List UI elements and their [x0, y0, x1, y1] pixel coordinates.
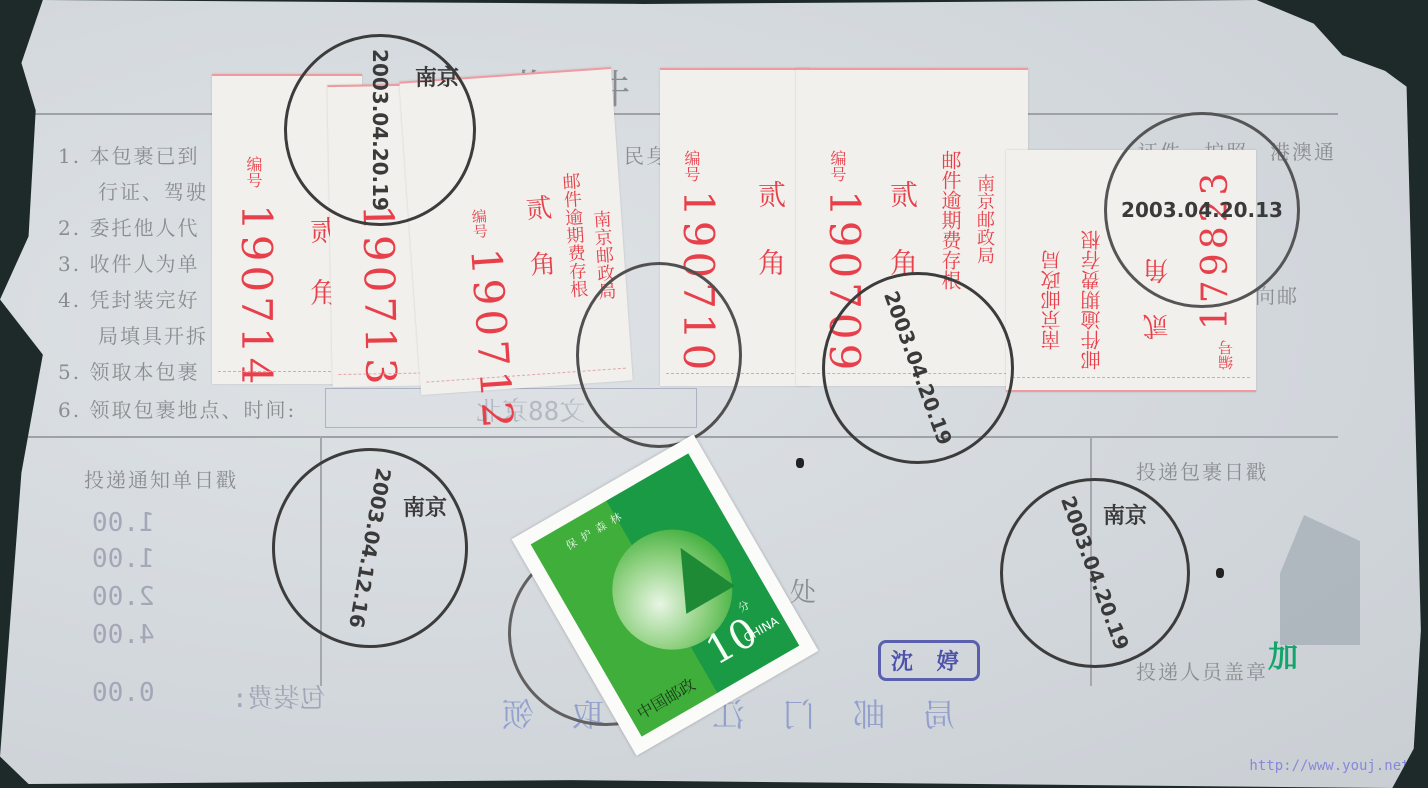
- postmark: [576, 262, 742, 448]
- stub-title: 邮件逾期费存根: [1077, 230, 1106, 370]
- carrier-name-handstamp: 沈 婷: [878, 640, 980, 681]
- instruction-5: 5. 领取本包裹: [58, 356, 199, 385]
- instruction-1: 1. 本包裹已到: [58, 140, 199, 169]
- notice-date-stamp-label: 投递通知单日戳: [84, 464, 238, 493]
- instruction-2: 2. 委托他人代: [58, 212, 199, 241]
- instruction-6: 6. 领取包裹地点、时间:: [58, 394, 296, 423]
- postmark: 2003.04.20.19 南京: [1000, 478, 1190, 668]
- postmark: 2003.04.12.16 南京: [272, 448, 468, 648]
- stub-title: 邮件逾期费存根: [556, 171, 591, 299]
- stamp-theme: 保护森林: [563, 506, 630, 554]
- punch-hole: [1216, 568, 1224, 578]
- punch-hole: [796, 458, 804, 468]
- carrier-seal-label: 投递人员盖章: [1136, 656, 1268, 685]
- fee-line: 4.00: [92, 620, 155, 650]
- fee-line: 1.00: [92, 508, 155, 538]
- postmark: 2003.04.20.19: [822, 272, 1014, 464]
- place-label: 处: [790, 572, 818, 609]
- fee-line: 1.00: [92, 544, 155, 574]
- stamp-issuer: 中国邮政: [632, 672, 699, 724]
- instruction-4: 4. 凭封装完好: [58, 284, 199, 313]
- stub-issuer: 南京邮政局: [1037, 250, 1066, 350]
- tape-fragment: [1280, 515, 1360, 645]
- instruction-4b: 局填具开拆: [98, 320, 208, 349]
- postmark: 2003.04.20.13: [1104, 112, 1300, 308]
- parcel-date-stamp-label: 投递包裹日戳: [1136, 456, 1268, 485]
- fee-total: 0.00: [92, 678, 155, 708]
- stub-serial: 190713: [353, 204, 405, 389]
- stub-serial: 190714: [232, 204, 281, 388]
- instruction-1b: 行证、驾驶: [98, 176, 208, 205]
- fee-line: 2.00: [92, 582, 155, 612]
- watermark-url: http://www.youj.net/: [1249, 758, 1418, 774]
- stub-issuer: 南京邮政局: [971, 174, 997, 264]
- fee-total-label: 包装费:: [232, 678, 326, 715]
- instruction-3: 3. 收件人为单: [58, 248, 199, 277]
- postmark: 2003.04.20.19 南京: [284, 34, 476, 226]
- stub-title: 邮件逾期费存根: [936, 150, 965, 290]
- stub-amount: 贰角: [518, 193, 563, 307]
- parcel-notice-paper: 收件人须知 1. 本包裹已到 行证、驾驶 2. 委托他人代 3. 收件人为单 4…: [0, 0, 1428, 788]
- stub-amount: 贰角: [750, 180, 790, 316]
